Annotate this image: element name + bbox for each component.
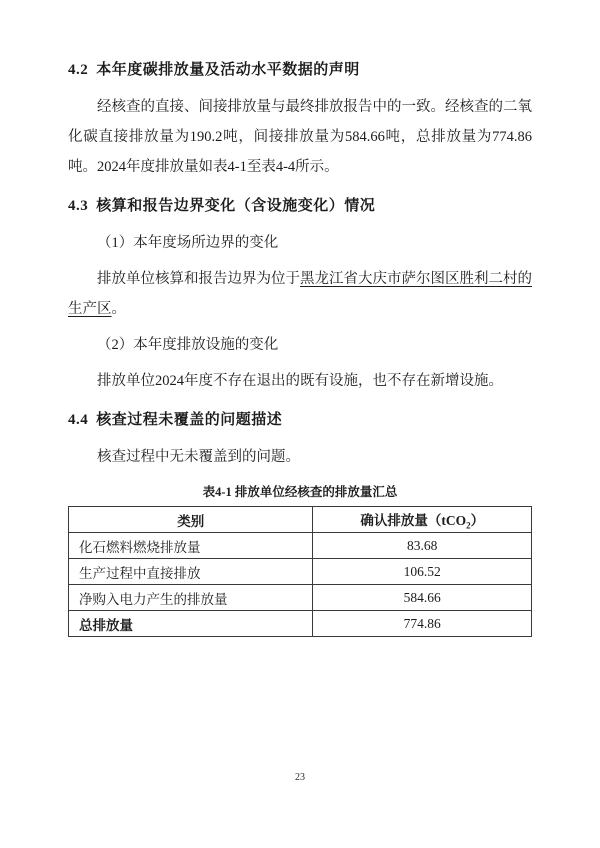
section-4-4-paragraph: 核查过程中无未覆盖到的问题。	[68, 442, 532, 472]
table-row: 化石燃料燃烧排放量 83.68	[69, 533, 532, 559]
section-4-4: 4.4核查过程未覆盖的问题描述 核查过程中无未覆盖到的问题。	[68, 410, 532, 472]
boundary-suffix: 。	[112, 301, 127, 317]
section-4-4-heading: 4.4核查过程未覆盖的问题描述	[68, 410, 532, 430]
section-4-2-paragraph: 经核查的直接、间接排放量与最终排放报告中的一致。经核查的二氧化碳直接排放量为19…	[68, 92, 532, 182]
section-4-3-facilities: 排放单位2024年度不存在退出的既有设施，也不存在新增设施。	[68, 366, 532, 396]
row-value: 106.52	[313, 559, 532, 585]
section-4-4-number: 4.4	[68, 412, 88, 428]
table-header-confirmed-emission: 确认排放量（tCO2）	[313, 507, 532, 533]
boundary-prefix: 排放单位核算和报告边界为位于	[97, 271, 300, 287]
document-page: 4.2本年度碳排放量及活动水平数据的声明 经核查的直接、间接排放量与最终排放报告…	[0, 0, 600, 848]
row-value: 584.66	[313, 585, 532, 611]
row-label: 生产过程中直接排放	[69, 559, 313, 585]
section-4-3-item1: （1）本年度场所边界的变化	[68, 228, 532, 258]
table-header-row: 类别 确认排放量（tCO2）	[69, 507, 532, 533]
section-4-2-heading: 4.2本年度碳排放量及活动水平数据的声明	[68, 60, 532, 80]
table-header-category: 类别	[69, 507, 313, 533]
section-4-3: 4.3核算和报告边界变化（含设施变化）情况 （1）本年度场所边界的变化 排放单位…	[68, 196, 532, 396]
section-4-2-title: 本年度碳排放量及活动水平数据的声明	[96, 62, 360, 78]
section-4-3-heading: 4.3核算和报告边界变化（含设施变化）情况	[68, 196, 532, 216]
section-4-3-boundary: 排放单位核算和报告边界为位于黑龙江省大庆市萨尔图区胜利二村的生产区。	[68, 264, 532, 324]
section-4-4-title: 核查过程未覆盖的问题描述	[96, 412, 282, 428]
section-4-3-item2: （2）本年度排放设施的变化	[68, 330, 532, 360]
section-4-2: 4.2本年度碳排放量及活动水平数据的声明 经核查的直接、间接排放量与最终排放报告…	[68, 60, 532, 182]
section-4-3-title: 核算和报告边界变化（含设施变化）情况	[96, 198, 375, 214]
section-4-3-number: 4.3	[68, 198, 88, 214]
emission-summary-table: 类别 确认排放量（tCO2） 化石燃料燃烧排放量 83.68 生产过程中直接排放…	[68, 506, 532, 637]
table-row: 生产过程中直接排放 106.52	[69, 559, 532, 585]
page-number: 23	[0, 772, 600, 783]
section-4-2-number: 4.2	[68, 62, 88, 78]
table-caption: 表4-1 排放单位经核查的排放量汇总	[68, 482, 532, 500]
row-value: 774.86	[313, 611, 532, 637]
table-row: 净购入电力产生的排放量 584.66	[69, 585, 532, 611]
table-row-total: 总排放量 774.86	[69, 611, 532, 637]
page-content: 4.2本年度碳排放量及活动水平数据的声明 经核查的直接、间接排放量与最终排放报告…	[68, 60, 532, 637]
row-label: 净购入电力产生的排放量	[69, 585, 313, 611]
row-label: 总排放量	[69, 611, 313, 637]
row-value: 83.68	[313, 533, 532, 559]
row-label: 化石燃料燃烧排放量	[69, 533, 313, 559]
